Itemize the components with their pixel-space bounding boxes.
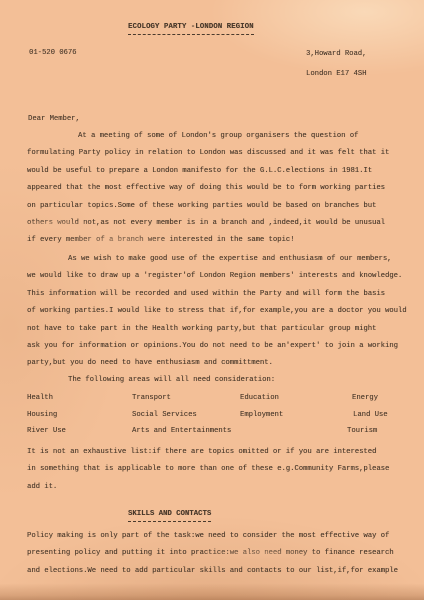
letter-line: At a meeting of some of London's group o… [27,128,409,145]
salutation: Dear Member, [28,111,80,128]
area-cell: Arts and Entertainments [132,423,231,440]
letter-line: not have to take part in the Health work… [27,321,409,338]
areas-row: Health Transport Education Energy [27,390,399,407]
letter-line: would be useful to prepare a London mani… [27,163,409,180]
area-cell: Employment [240,407,283,424]
letter-line: in something that is applicable to more … [27,461,409,478]
paragraph-1: At a meeting of some of London's group o… [27,128,409,250]
letter-line: formulating Party policy in relation to … [27,145,409,162]
area-cell: Housing [27,407,57,424]
areas-list: Health Transport Education Energy Housin… [27,390,399,440]
area-cell: Transport [132,390,171,407]
letter-line: we would like to draw up a 'register'of … [27,268,409,285]
area-cell: Energy [352,390,378,407]
phone-number: 01-520 0676 [29,45,76,62]
letter-line: others would not,as not every member is … [27,215,409,232]
address-line-2: London E17 4SH [306,66,366,83]
letter-line: add it. [27,479,409,496]
area-cell: Health [27,390,53,407]
letter-page: ECOLOGY PARTY -LONDON REGION 01-520 0676… [0,0,424,600]
areas-outro: It is not an exhaustive list:if there ar… [27,444,409,496]
letter-line: ask you for information or opinions.You … [27,338,409,355]
letter-line: of working parties.I would like to stres… [27,303,409,320]
letter-title: ECOLOGY PARTY -LONDON REGION [128,23,254,35]
letter-line: This information will be recorded and us… [27,286,409,303]
area-cell: Social Services [132,407,197,424]
paragraph-3: Policy making is only part of the task:w… [27,528,409,580]
skills-section-heading: SKILLS AND CONTACTS [128,510,211,522]
area-cell: River Use [27,423,66,440]
letter-line: on particular topics.Some of these worki… [27,198,409,215]
areas-row: River Use Arts and Entertainments Touris… [27,423,399,440]
address-line-1: 3,Howard Road, [306,46,366,63]
letter-line: party,but you do need to have enthusiasm… [27,355,409,372]
letter-line: It is not an exhaustive list:if there ar… [27,444,409,461]
letter-line: As we wish to make good use of the exper… [27,251,409,268]
consideration-intro: The following areas will all need consid… [68,372,275,389]
letter-line: if every member of a branch were interes… [27,232,409,249]
letter-line: Policy making is only part of the task:w… [27,528,409,545]
areas-row: Housing Social Services Employment Land … [27,407,399,424]
area-cell: Education [240,390,279,407]
area-cell: Land Use [353,407,388,424]
letter-line: presenting policy and putting it into pr… [27,545,409,562]
paragraph-2: As we wish to make good use of the exper… [27,251,409,373]
letter-line: and elections.We need to add particular … [27,563,409,580]
area-cell: Tourism [347,423,377,440]
letter-line: appeared that the most effective way of … [27,180,409,197]
